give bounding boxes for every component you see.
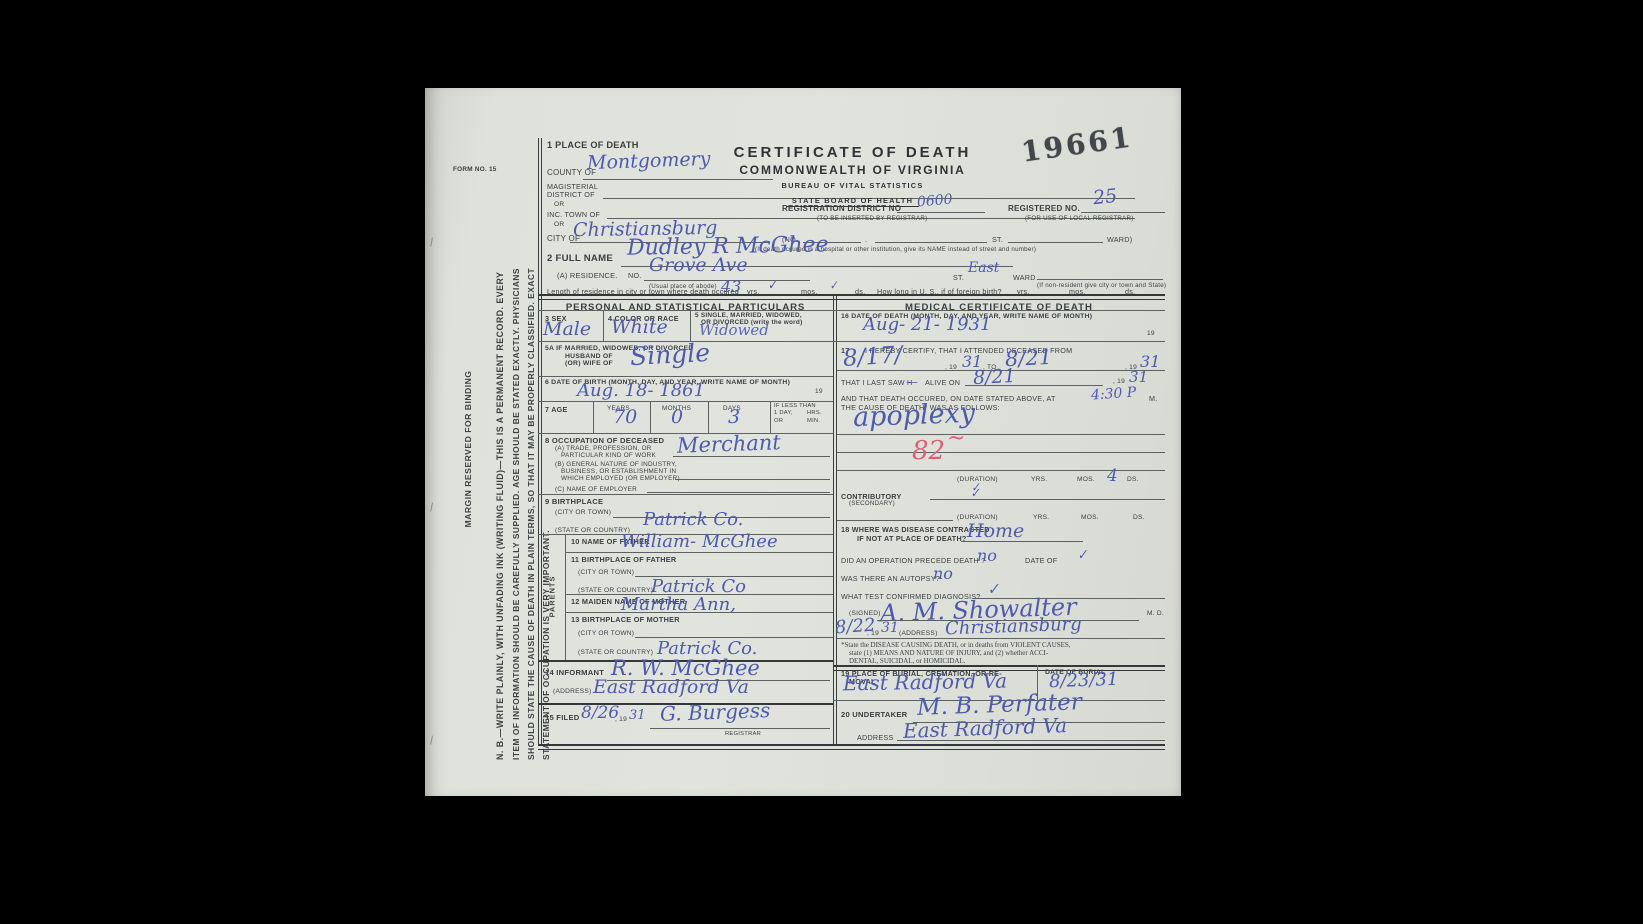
red-annotation-mark: ~ [947,426,965,451]
wife-of-label: (OR) WIFE OF [565,360,613,367]
nonresident-note: (If non-resident give city or town and S… [1037,282,1166,289]
binding-hole [430,238,437,248]
form-left-rule [538,138,542,744]
registration-district-value: 0600 [916,191,953,210]
footnote-line-1: *State the DISEASE CAUSING DEATH, or in … [841,641,1071,649]
inc-town-label: INC. TOWN OF [547,210,600,219]
dob-19-prefix: 19 [815,388,823,395]
sex-race-divider [603,310,604,341]
age-hrs-label: HRS. [807,410,822,416]
duration-yrs-label: YRS. [1031,476,1047,483]
screenshot-canvas: FORM NO. 15 MARGIN RESERVED FOR BINDING … [0,0,1643,924]
age-less1-label: IF LESS THAN [774,403,816,409]
undertaker-label: 20 UNDERTAKER [841,710,907,719]
sex-value: Male [543,318,591,340]
mother-line [565,612,833,613]
column-divider-rule [833,294,837,744]
certificate-title-block: CERTIFICATE OF DEATH COMMONWEALTH OF VIR… [685,144,1020,208]
duration2-ds-label: DS. [1133,514,1145,521]
margin-nb-line1: N. B.—WRITE PLAINLY, WITH UNFADING INK (… [495,170,505,760]
cause-line-1 [837,434,1165,435]
where-contracted-label-2: IF NOT AT PLACE OF DEATH? [857,534,967,543]
parents-label: PARENTS [548,567,557,627]
dod-value: Aug- 21- 1931 [863,314,991,335]
birthplace-city-label: (CITY OR TOWN) [555,509,611,516]
death-time-value: 4:30 P [1090,384,1136,403]
father-line [565,552,833,553]
registration-district-line [897,212,985,213]
cause-line-2 [837,452,1165,453]
duration-days-value: 4 [1107,466,1118,486]
age-divider-3 [708,401,709,433]
or-label-1: OR [554,201,564,208]
md-label: M. D. [1147,610,1164,617]
father-state-label: (STATE OR COUNTRY) [578,587,653,594]
duration-ds-label: DS. [1127,476,1139,483]
street-period: . [865,235,867,244]
length-years-value: 43 [721,277,741,296]
medical-section-title: MEDICAL CERTIFICATE OF DEATH [905,302,1093,313]
registered-no-note: (FOR USE OF LOCAL REGISTRAR) [1025,215,1134,222]
place-of-death-label: 1 PLACE OF DEATH [547,140,639,150]
length-ds-mark: ✓ [828,278,840,293]
filed-year-value: 31 [629,708,646,723]
dod-19-prefix: 19 [1147,330,1155,337]
age-less2-label: 1 DAY, [774,410,793,416]
informant-addr-value: East Radford Va [593,676,749,698]
father-value: William- McGhee [621,531,778,552]
ward-paren-label: WARD) [1107,235,1132,244]
length-yrs-label: yrs. [747,287,760,296]
district-of-label: DISTRICT OF [547,190,595,199]
attended-from-value: 8/17/ [842,342,903,372]
or-label-2: OR [554,221,564,228]
registration-district-label: REGISTRATION DISTRICT NO [782,204,901,213]
occupation-b1-label: (B) GENERAL NATURE OF INDUSTRY, [555,461,677,468]
margin-binding-note: MARGIN RESERVED FOR BINDING [463,334,473,564]
autopsy-label: WAS THERE AN AUTOPSY? [841,574,940,583]
length-ds-label: ds. [855,287,865,296]
dob-value: Aug. 18- 1861 [577,380,705,401]
row6-bottom-line [538,401,833,402]
registered-no-label: REGISTERED NO. [1008,204,1080,213]
registrar-signature: G. Burgess [660,698,771,726]
where-contracted-line [961,541,1083,542]
street-name-line [875,242,987,243]
residence-ward-value: East [968,260,999,276]
secondary-label: (SECONDARY) [849,500,895,507]
filed-19-prefix: , 19 [615,716,627,723]
mother-bp-label: 13 BIRTHPLACE OF MOTHER [571,615,680,624]
signature-addr-label: (ADDRESS) [899,630,938,637]
certificate-number-stamp: 19661 [1019,120,1135,168]
burial-date-value: 8/23/31 [1049,669,1119,692]
filed-label: 15 FILED [545,713,580,722]
last-saw-dash: — [906,375,918,389]
age-days-value: 3 [728,406,740,428]
mother-city-label: (CITY OR TOWN) [578,630,634,637]
contributory-line [930,499,1165,500]
binding-hole [430,503,437,513]
registrar-line [650,728,830,729]
signature-year-value: 31 [881,620,899,636]
row8-bottom-line [538,494,833,495]
form-number: FORM NO. 15 [453,166,497,173]
occupation-a1-label: (A) TRADE, PROFESSION, OR [555,445,652,452]
age-divider-4 [770,401,771,433]
length-residence-label: Length of residence in city or town wher… [547,287,739,296]
duration2-mos-label: MOS. [1081,514,1099,521]
date-of-label: DATE OF [1025,556,1057,565]
binding-hole [430,736,437,746]
birthplace-label: 9 BIRTHPLACE [545,497,603,506]
street-st-label: ST. [992,235,1003,244]
duration-mos-label: MOS. [1077,476,1095,483]
us-yrs-label: yrs. [1017,287,1030,296]
age-divider-1 [593,401,594,433]
full-name-label: 2 FULL NAME [547,253,613,264]
margin-nb-line3: SHOULD STATE THE CAUSE OF DEATH IN PLAIN… [526,170,536,760]
race-value: White [611,316,668,338]
residence-no-label: NO. [628,271,642,280]
last-saw-label-1: THAT I LAST SAW H [841,378,912,387]
commonwealth-subtitle: COMMONWEALTH OF VIRGINIA [685,163,1020,177]
nonresident-line [1037,279,1163,280]
residence-label: (A) RESIDENCE. [557,271,618,280]
us-length-label: How long in U. S., if of foreign birth? [877,287,1002,296]
last-saw-yr-value: 31 [1129,368,1148,386]
us-mos-label: mos. [1069,287,1086,296]
bureau-subtitle: BUREAU OF VITAL STATISTICS [685,181,1020,190]
registration-district-note: (TO BE INSERTED BY REGISTRAR) [817,215,927,222]
husband-of-label: HUSBAND OF [565,353,613,360]
duration2-yrs-label: YRS. [1033,514,1049,521]
footnote-line-2: state (1) MEANS AND NATURE OF INJURY, an… [849,649,1048,657]
undertaker-addr-value: East Radford Va [903,713,1068,743]
age-label: 7 AGE [545,405,568,414]
duration2-pre-line [837,520,953,521]
residence-st-label: ST. [953,273,964,282]
operation-label: DID AN OPERATION PRECEDE DEATH ? [841,556,985,565]
filed-date-value: 8/26 [581,703,619,723]
occupation-c-label: (C) NAME OF EMPLOYER [555,486,637,493]
birthplace-value: Patrick Co. [643,509,743,530]
signature-addr-line [837,638,1165,639]
occupation-a-line [673,456,830,457]
occupation-b-line [675,479,830,480]
last-saw-line [965,385,1103,386]
red-annotation: 82 [912,436,945,466]
undertaker-addr-line [897,740,1165,741]
occupation-label: 8 OCCUPATION OF DECEASED [545,436,664,445]
where-contracted-value: Home [967,520,1024,542]
length-mos-label: mos. [801,287,818,296]
last-saw-19c: , 19 [1113,378,1125,385]
father-bp-label: 11 BIRTHPLACE OF FATHER [571,555,676,564]
undertaker-addr-label: ADDRESS [857,733,894,742]
footnote-line-3: DENTAL, SUICIDAL, or HOMICIDAL. [849,657,965,665]
age-years-value: 70 [613,406,637,428]
marital-label-1: 5 SINGLE, MARRIED, WIDOWED, [695,312,802,319]
date-of-mark: ✓ [1076,547,1089,564]
registered-no-value: 25 [1092,185,1118,209]
signature-addr-value: Christiansburg [945,614,1082,640]
informant-addr-label: (ADDRESS) [553,688,592,695]
operation-value: no [977,546,997,565]
death-certificate-document: FORM NO. 15 MARGIN RESERVED FOR BINDING … [425,88,1181,796]
occupation-b2-label: BUSINESS, OR ESTABLISHMENT IN [561,468,676,475]
occupation-b3-label: WHICH EMPLOYED (OR EMPLOYER) [561,475,680,482]
residence-street-value: Grove Ave [649,254,748,276]
registrar-label: REGISTRAR [725,731,761,737]
spouse-value: Single [629,338,710,371]
birthplace-state-label: (STATE OR COUNTRY) [555,527,630,534]
row16-bottom-line [833,341,1165,342]
age-months-value: 0 [671,406,683,428]
occupation-a2-label: PARTICULAR KIND OF WORK [561,452,656,459]
marital-value: Widowed [699,321,769,339]
residence-ward-label: WARD [1013,273,1036,282]
us-ds-label: ds. [1125,287,1135,296]
burial-place-value: East Radford Va [843,669,1008,696]
last-saw-label-2: ALIVE ON [925,378,960,387]
row5a-bottom-line [538,376,833,377]
age-min-label: MIN. [807,418,820,424]
age-divider-2 [650,401,651,433]
death-m-label: M. [1149,394,1157,403]
registered-no-line [1081,212,1165,213]
autopsy-value: no [933,564,953,583]
certificate-title: CERTIFICATE OF DEATH [685,144,1020,161]
father-city-label: (CITY OR TOWN) [578,569,634,576]
race-marital-divider [690,310,691,341]
age-or-label: OR [774,418,783,424]
mother-state-label: (STATE OR COUNTRY) [578,649,653,656]
occupation-c-line [647,492,830,493]
signature-19-prefix: , 19 [867,630,879,637]
form-bottom-rule [538,744,1165,750]
occupation-value: Merchant [677,430,782,458]
ward-line [1008,242,1103,243]
margin-nb-line2: ITEM OF INFORMATION SHOULD BE CAREFULLY … [511,170,521,760]
